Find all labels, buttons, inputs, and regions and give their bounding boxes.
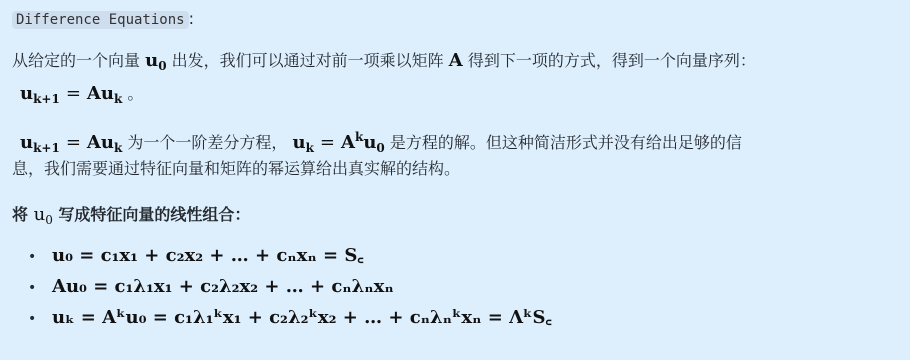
paragraph-1: 从给定的一个向量 u0 出发，我们可以通过对前一项乘以矩阵 A 得到下一项的方式…: [12, 49, 756, 78]
heading-line: Difference Equations:: [12, 7, 194, 32]
equation-1: uk+1=Auk 。: [20, 82, 143, 111]
text: 为一个一阶差分方程，: [127, 133, 287, 152]
colon: :: [189, 9, 194, 28]
list-item: •u₀ = c₁x₁ + c₂x₂ + … + cₙxₙ = S꜀: [28, 240, 552, 271]
math-A: A: [449, 50, 463, 71]
text: 得到下一项的方式，得到一个向量序列：: [468, 51, 756, 70]
section-heading: 将 u0 写成特征向量的线性组合：: [12, 203, 250, 232]
text: 出发，我们可以通过对前一项乘以矩阵: [172, 51, 444, 70]
inline-code: Difference Equations: [12, 11, 189, 29]
list-item: •Au₀ = c₁λ₁x₁ + c₂λ₂x₂ + … + cₙλₙxₙ: [28, 271, 552, 302]
math-difference-eq: uk+1=Auk: [20, 132, 122, 153]
math-solution: uk=Aku0: [293, 132, 385, 153]
paragraph-2-line-2: 息，我们需要通过特征向量和矩阵的幂运算给出真实解的结构。: [12, 157, 460, 181]
text: 从给定的一个向量: [12, 51, 140, 70]
text: 息，我们需要通过特征向量和矩阵的幂运算给出真实解的结构。: [12, 159, 460, 178]
period: 。: [127, 84, 143, 103]
paragraph-2-line-1: uk+1=Auk 为一个一阶差分方程， uk=Aku0 是方程的解。但这种简洁形…: [20, 125, 742, 160]
list-item: •uₖ = Aᵏu₀ = c₁λ₁ᵏx₁ + c₂λ₂ᵏx₂ + … + cₙλ…: [28, 302, 552, 333]
document: Difference Equations: 从给定的一个向量 u0 出发，我们可…: [0, 0, 910, 360]
text: 是方程的解。但这种简洁形式并没有给出足够的信: [390, 133, 742, 152]
equation-list: •u₀ = c₁x₁ + c₂x₂ + … + cₙxₙ = S꜀ •Au₀ =…: [28, 240, 552, 333]
math-u0: u0: [145, 50, 166, 71]
